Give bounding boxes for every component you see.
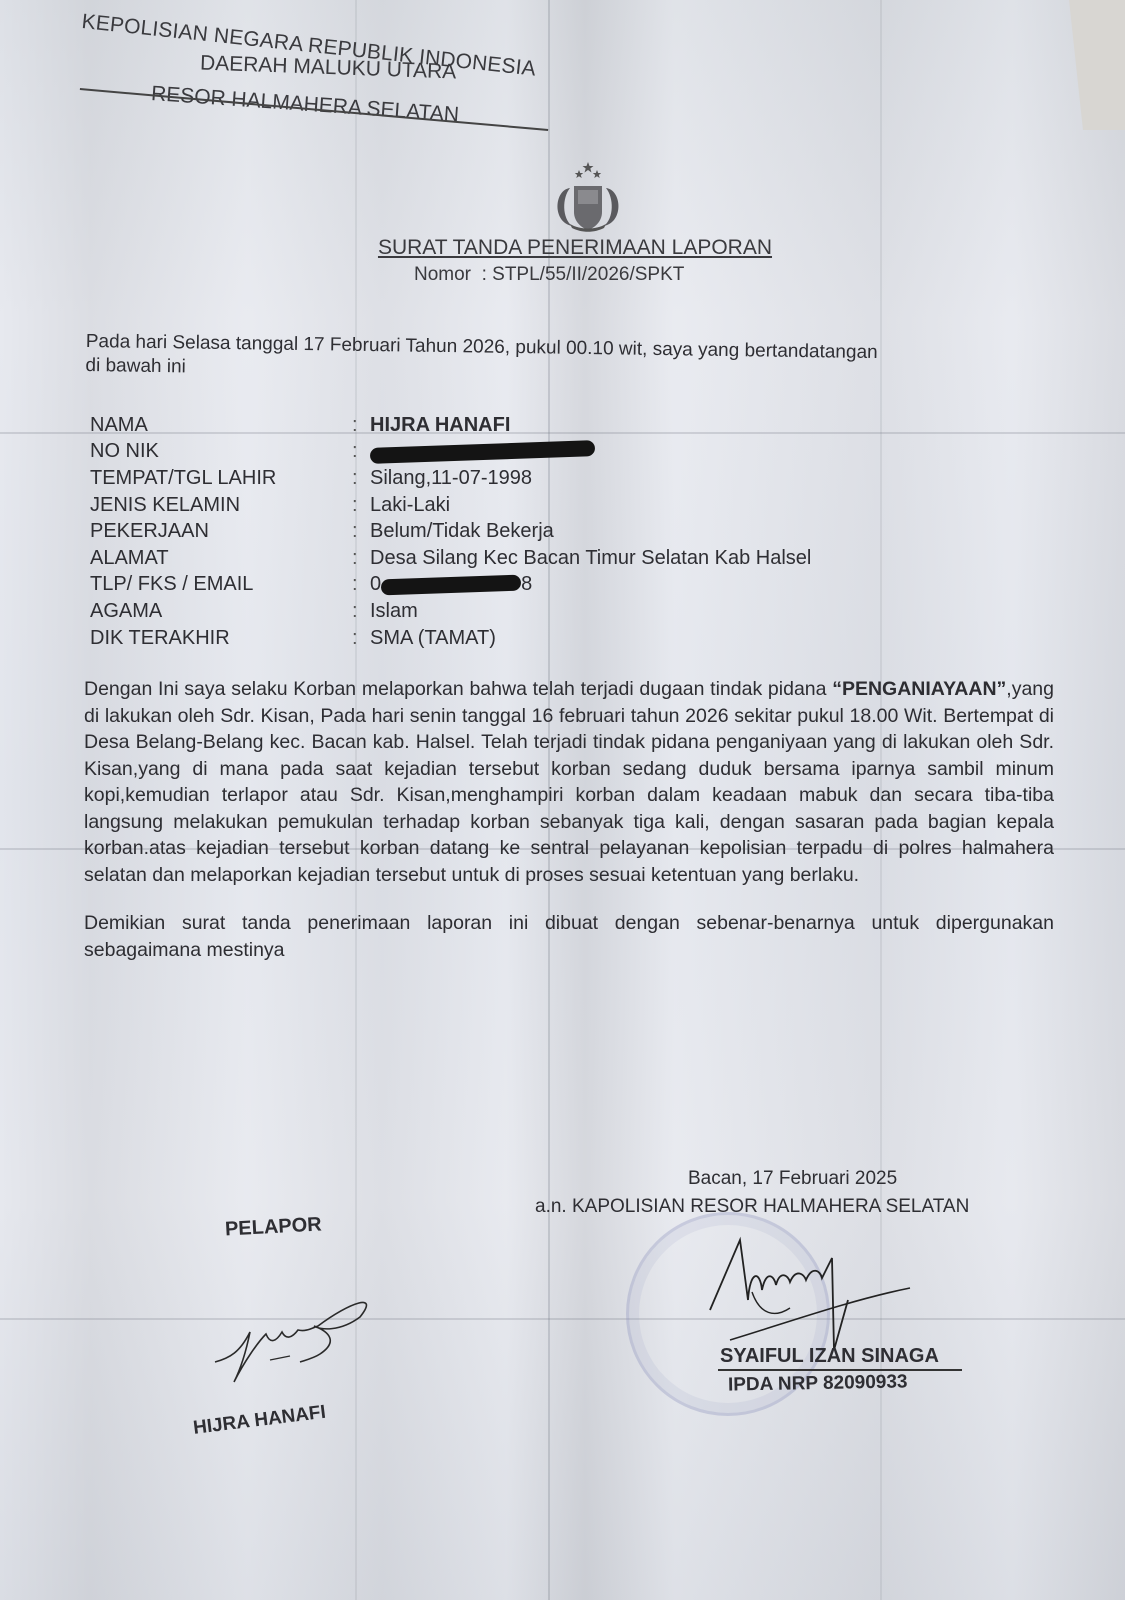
report-document: KEPOLISIAN NEGARA REPUBLIK INDONESIA DAE… [0, 0, 1125, 1600]
field-value [370, 440, 595, 463]
redaction-mark [370, 440, 595, 464]
field-label: DIK TERAKHIR [90, 627, 352, 650]
field-label: TLP/ FKS / EMAIL [90, 573, 352, 596]
field-value: HIJRA HANAFI [370, 414, 510, 437]
intro-paragraph: Pada hari Selasa tanggal 17 Februari Tah… [85, 330, 1046, 391]
document-number: Nomor : STPL/55/II/2026/SPKT [414, 264, 684, 286]
field-value: Silang,11-07-1998 [370, 467, 532, 490]
field-separator: : [352, 414, 370, 437]
field-separator: : [352, 440, 370, 463]
report-paragraph: Dengan Ini saya selaku Korban melaporkan… [84, 676, 1054, 888]
field-label: NAMA [90, 414, 352, 437]
report-text-start: Dengan Ini saya selaku Korban melaporkan… [84, 678, 826, 700]
field-value: Islam [370, 600, 418, 623]
reporter-label: PELAPOR [224, 1213, 322, 1241]
field-separator: : [352, 547, 370, 570]
officer-signature [700, 1230, 920, 1360]
reporter-signature [210, 1282, 380, 1392]
field-separator: : [352, 600, 370, 623]
field-value: Desa Silang Kec Bacan Timur Selatan Kab … [370, 547, 811, 570]
field-value: Laki-Laki [370, 494, 450, 517]
field-row: PEKERJAAN:Belum/Tidak Bekerja [90, 518, 811, 545]
field-row: TLP/ FKS / EMAIL:08 [90, 572, 811, 599]
field-separator: : [352, 573, 370, 596]
field-separator: : [352, 627, 370, 650]
officer-name: SYAIFUL IZAN SINAGA [720, 1345, 939, 1368]
field-row: NAMA:HIJRA HANAFI [90, 412, 811, 439]
field-separator: : [352, 494, 370, 517]
reporter-name: HIJRA HANAFI [192, 1402, 327, 1440]
identity-fields: NAMA:HIJRA HANAFINO NIK:TEMPAT/TGL LAHIR… [90, 412, 811, 651]
paper-fold [0, 1318, 1125, 1320]
field-value: 08 [370, 573, 532, 596]
field-label: TEMPAT/TGL LAHIR [90, 467, 352, 490]
field-label: AGAMA [90, 600, 352, 623]
redaction-mark [381, 575, 521, 596]
field-separator: : [352, 467, 370, 490]
field-value-suffix: 8 [521, 573, 532, 595]
report-text-rest: ,yang di lakukan oleh Sdr. Kisan, Pada h… [84, 678, 1054, 886]
field-row: TEMPAT/TGL LAHIR:Silang,11-07-1998 [90, 465, 811, 492]
nomor-label: Nomor [414, 264, 471, 285]
document-heading: SURAT TANDA PENERIMAAN LAPORAN [378, 236, 772, 260]
field-label: PEKERJAAN [90, 520, 352, 543]
officer-rank-nrp: IPDA NRP 82090933 [728, 1371, 908, 1396]
police-emblem-icon [548, 160, 628, 232]
document-title: SURAT TANDA PENERIMAAN LAPORAN [0, 236, 1125, 260]
field-label: JENIS KELAMIN [90, 494, 352, 517]
offense-type: “PENGANIAYAAN” [832, 678, 1006, 700]
field-value: Belum/Tidak Bekerja [370, 520, 554, 543]
nomor-value: STPL/55/II/2026/SPKT [492, 264, 684, 285]
field-value-visible: 0 [370, 573, 381, 595]
background-edge [1055, 0, 1125, 130]
report-body: Dengan Ini saya selaku Korban melaporkan… [84, 676, 1054, 985]
on-behalf-of: a.n. KAPOLISIAN RESOR HALMAHERA SELATAN [535, 1196, 969, 1218]
field-row: NO NIK: [90, 439, 811, 466]
letterhead-line-3: RESOR HALMAHERA SELATAN [150, 82, 459, 127]
field-row: DIK TERAKHIR:SMA (TAMAT) [90, 625, 811, 652]
field-row: AGAMA:Islam [90, 598, 811, 625]
field-value: SMA (TAMAT) [370, 627, 496, 650]
closing-paragraph: Demikian surat tanda penerimaan laporan … [84, 910, 1054, 963]
field-separator: : [352, 520, 370, 543]
field-label: NO NIK [90, 440, 352, 463]
field-row: JENIS KELAMIN:Laki-Laki [90, 492, 811, 519]
field-row: ALAMAT:Desa Silang Kec Bacan Timur Selat… [90, 545, 811, 572]
field-label: ALAMAT [90, 547, 352, 570]
officer-name-underline [718, 1369, 962, 1371]
letterhead: KEPOLISIAN NEGARA REPUBLIK INDONESIA DAE… [78, 0, 598, 140]
place-date: Bacan, 17 Februari 2025 [688, 1168, 897, 1190]
